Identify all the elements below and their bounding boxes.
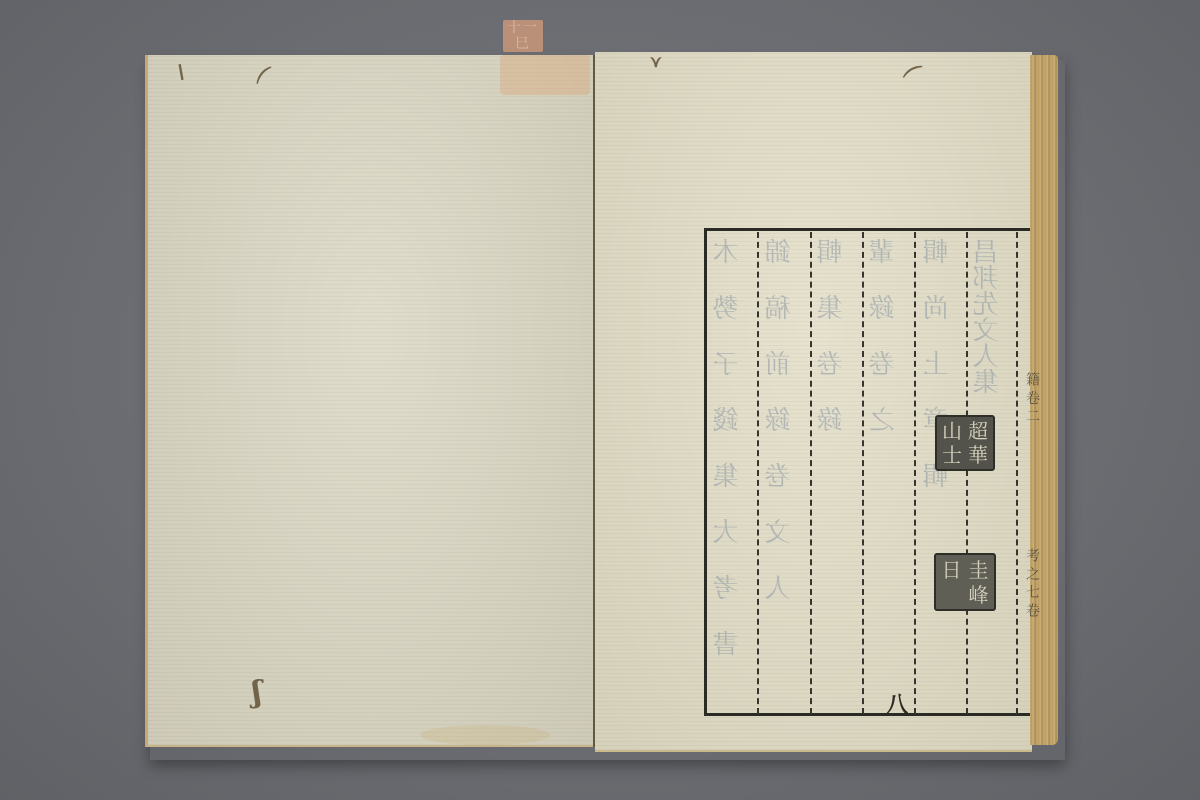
column-rule bbox=[862, 232, 864, 714]
left-page bbox=[145, 55, 598, 747]
catalog-label-text: 十一 巳 bbox=[507, 20, 539, 52]
water-stain bbox=[420, 725, 550, 745]
fore-edge-volume-note: 考 之 七 卷 bbox=[1022, 548, 1042, 617]
wormhole-mark: ʃ bbox=[252, 675, 262, 710]
catalog-label-tag: 十一 巳 bbox=[503, 20, 543, 52]
column-rule bbox=[966, 232, 968, 714]
column-rule bbox=[757, 232, 759, 714]
column-rule bbox=[1016, 232, 1018, 714]
seal-char: 圭 bbox=[969, 558, 989, 582]
wormhole-mark: ⋎ bbox=[650, 52, 662, 71]
column-rule bbox=[914, 232, 916, 714]
seal-char: 日 bbox=[942, 558, 962, 582]
lower-collector-seal: 日 圭 峰 bbox=[934, 553, 996, 611]
column-rule bbox=[810, 232, 812, 714]
printed-frame-border bbox=[704, 228, 1031, 716]
seal-char: 華 bbox=[968, 443, 988, 467]
seal-char: 超 bbox=[968, 419, 988, 443]
water-stain bbox=[500, 55, 590, 95]
fore-edge-title-note: 籍 卷 二 bbox=[1022, 372, 1042, 423]
upper-collector-seal: 山 超 士 華 bbox=[935, 415, 995, 471]
seal-char: 峰 bbox=[969, 583, 989, 607]
seal-char: 士 bbox=[942, 443, 962, 467]
seal-char: 山 bbox=[942, 419, 962, 443]
fold-mark: 八 bbox=[886, 688, 908, 719]
